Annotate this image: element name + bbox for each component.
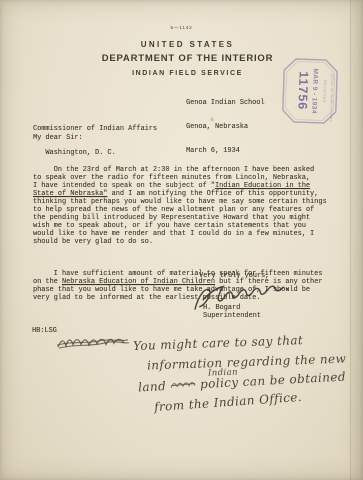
- typed-line: wish me to speak about, or if you have c…: [33, 222, 335, 230]
- handwritten-line-2: information regarding the new: [147, 352, 347, 373]
- typed-line: the pending bill introduced by Represent…: [33, 214, 335, 222]
- handwritten-line-4: from the Indian Office.: [154, 390, 303, 414]
- paragraph-1: On the 23rd of March at 2:30 in the afte…: [33, 166, 335, 246]
- letter-page: 5—1142 UNITED STATES DEPARTMENT OF THE I…: [0, 0, 363, 480]
- sender-school: Genoa Indian School: [186, 99, 265, 107]
- typed-line: should be very glad to do so.: [33, 238, 335, 246]
- typed-line: State of Nebraska" and I am notifying th…: [33, 190, 335, 198]
- typed-line: to speak over the radio for fifteen minu…: [33, 174, 335, 182]
- form-number: 5—1142: [40, 26, 323, 31]
- crossed-out-scribble: [56, 334, 131, 353]
- typed-line: I have intended to speak on the subject …: [33, 182, 335, 190]
- received-stamp: OFFICE OF INDIAN AFFAIRS RECEIVED MAR 9 …: [281, 57, 339, 125]
- typed-line: I have sufficient amount of material to …: [33, 270, 335, 278]
- salutation: My dear Sir:: [33, 134, 83, 142]
- stamp-file-number: 11756: [295, 58, 311, 124]
- typed-line: to help spread the news of the new allot…: [33, 206, 335, 214]
- signer-name-typed: H. Bogard: [203, 304, 240, 312]
- typed-line: would like to have me render and that I …: [33, 230, 335, 238]
- sender-city: Genoa, Nebraska: [186, 123, 265, 131]
- handwritten-line-3: land policy can be obtained: [138, 370, 346, 395]
- letterhead-country: UNITED STATES: [12, 40, 363, 49]
- signer-title-typed: Superintendent: [203, 312, 261, 320]
- typed-line: On the 23rd of March at 2:30 in the afte…: [33, 166, 335, 174]
- typed-line: thinking that perhaps you would like to …: [33, 198, 335, 206]
- typist-initials: HB:LSG: [32, 327, 57, 335]
- handwritten-line-1: You might care to say that: [133, 333, 304, 353]
- handwritten-line-3-pre: land: [138, 379, 167, 394]
- struck-word-scribble: [170, 379, 196, 390]
- addressee-name: Commissioner of Indian Affairs: [33, 125, 157, 133]
